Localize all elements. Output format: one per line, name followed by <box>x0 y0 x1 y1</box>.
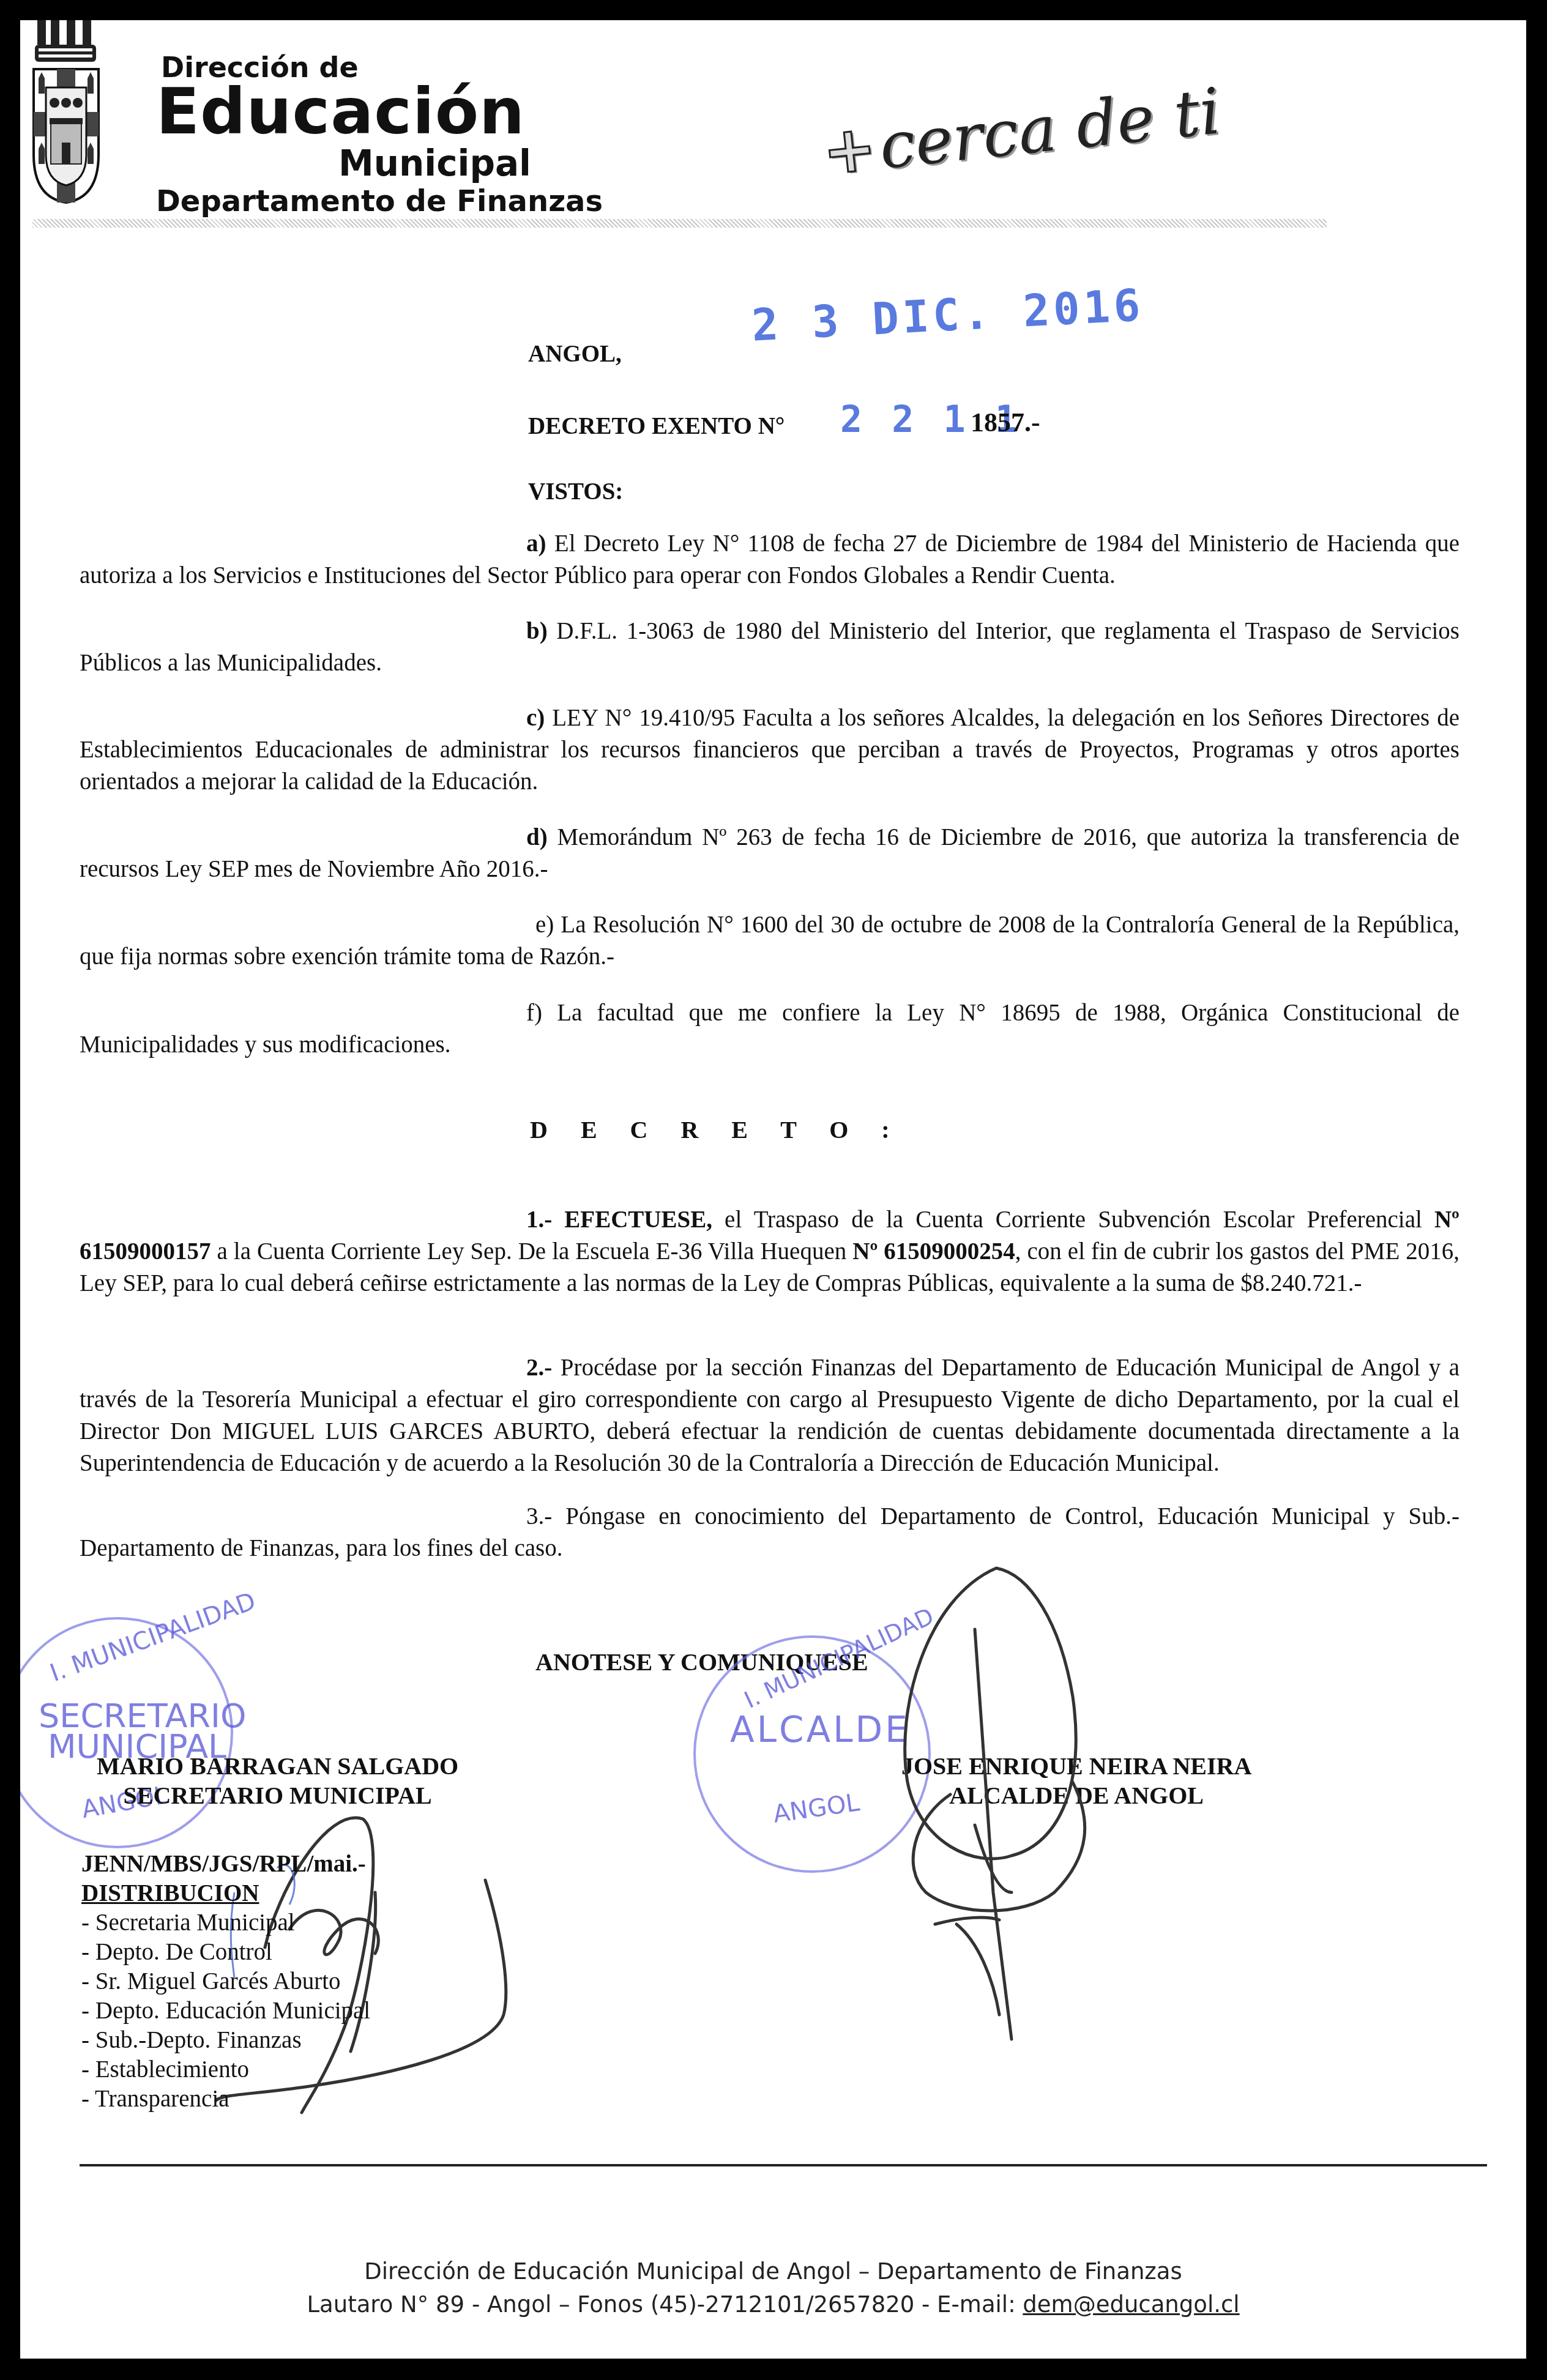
decree-label: DECRETO EXENTO N° <box>528 411 785 442</box>
decree-number: 1857.- <box>971 407 1040 439</box>
visto-c: c) LEY N° 19.410/95 Faculta a los señore… <box>80 702 1459 798</box>
distribution-item: - Sub.-Depto. Finanzas <box>81 2026 370 2055</box>
municipal-crest-icon <box>32 20 100 204</box>
reference-initials: JENN/MBS/JGS/RPL/mai.- <box>81 1850 370 1879</box>
decreto-item-3: 3.- Póngase en conocimiento del Departam… <box>80 1501 1459 1564</box>
letterhead-municipal: Municipal <box>338 143 531 184</box>
vistos-title: VISTOS: <box>528 476 623 508</box>
letterhead-divider <box>32 219 1327 228</box>
slogan: +cerca de ti <box>819 73 1223 190</box>
visto-e: e) La Resolución N° 1600 del 30 de octub… <box>80 909 1459 973</box>
footer-contact: Lautaro N° 89 - Angol – Fonos (45)-27121… <box>20 2291 1526 2318</box>
letterhead-departamento: Departamento de Finanzas <box>156 184 603 218</box>
distribution-item: - Depto. Educación Municipal <box>81 1996 370 2026</box>
letterhead-educacion: Educación <box>156 74 525 149</box>
mayor-name: JOSE ENRIQUE NEIRA NEIRA <box>901 1752 1251 1781</box>
secretary-title: SECRETARIO MUNICIPAL <box>97 1781 458 1810</box>
visto-f: f) La facultad que me confiere la Ley N°… <box>80 997 1459 1061</box>
decreto-item-1: 1.- EFECTUESE, el Traspaso de la Cuenta … <box>80 1204 1459 1300</box>
decreto-item-2: 2.- Procédase por la sección Finanzas de… <box>80 1352 1459 1479</box>
distribution-item: - Sr. Miguel Garcés Aburto <box>81 1967 370 1996</box>
distribution-heading: DISTRIBUCION <box>81 1879 370 1908</box>
visto-d: d) Memorándum Nº 263 de fecha 16 de Dici… <box>80 822 1459 885</box>
footer-organization: Dirección de Educación Municipal de Ango… <box>20 2258 1526 2285</box>
footer-divider <box>80 2164 1487 2166</box>
secretary-name: MARIO BARRAGAN SALGADO <box>97 1752 458 1781</box>
slogan-text: cerca de ti <box>876 73 1224 184</box>
secretary-signatory: MARIO BARRAGAN SALGADO SECRETARIO MUNICI… <box>97 1752 458 1810</box>
document-page: Dirección de Educación Municipal Departa… <box>20 20 1526 2359</box>
footer-email-link[interactable]: dem@educangol.cl <box>1023 2291 1239 2318</box>
visto-a: a) El Decreto Ley N° 1108 de fecha 27 de… <box>80 528 1459 592</box>
visto-b: b) D.F.L. 1-3063 de 1980 del Ministerio … <box>80 615 1459 679</box>
distribution-item: - Transparencia <box>81 2084 370 2114</box>
city-label: ANGOL, <box>528 338 622 370</box>
footer-address: Lautaro N° 89 - Angol – Fonos (45)-27121… <box>307 2291 1023 2318</box>
plus-icon: + <box>819 109 880 189</box>
decreto-title: D E C R E T O : <box>530 1115 903 1144</box>
distribution-block: JENN/MBS/JGS/RPL/mai.- DISTRIBUCION - Se… <box>81 1850 370 2114</box>
distribution-item: - Secretaria Municipal <box>81 1908 370 1938</box>
mayor-signatory: JOSE ENRIQUE NEIRA NEIRA ALCALDE DE ANGO… <box>901 1752 1251 1810</box>
distribution-list: - Secretaria Municipal - Depto. De Contr… <box>81 1908 370 2114</box>
mayor-seal-center: ALCALDE <box>730 1709 910 1750</box>
distribution-item: - Establecimiento <box>81 2055 370 2084</box>
mayor-title: ALCALDE DE ANGOL <box>901 1781 1251 1810</box>
distribution-item: - Depto. De Control <box>81 1938 370 1967</box>
date-stamp: 2 3 DIC. 2016 <box>750 279 1145 351</box>
